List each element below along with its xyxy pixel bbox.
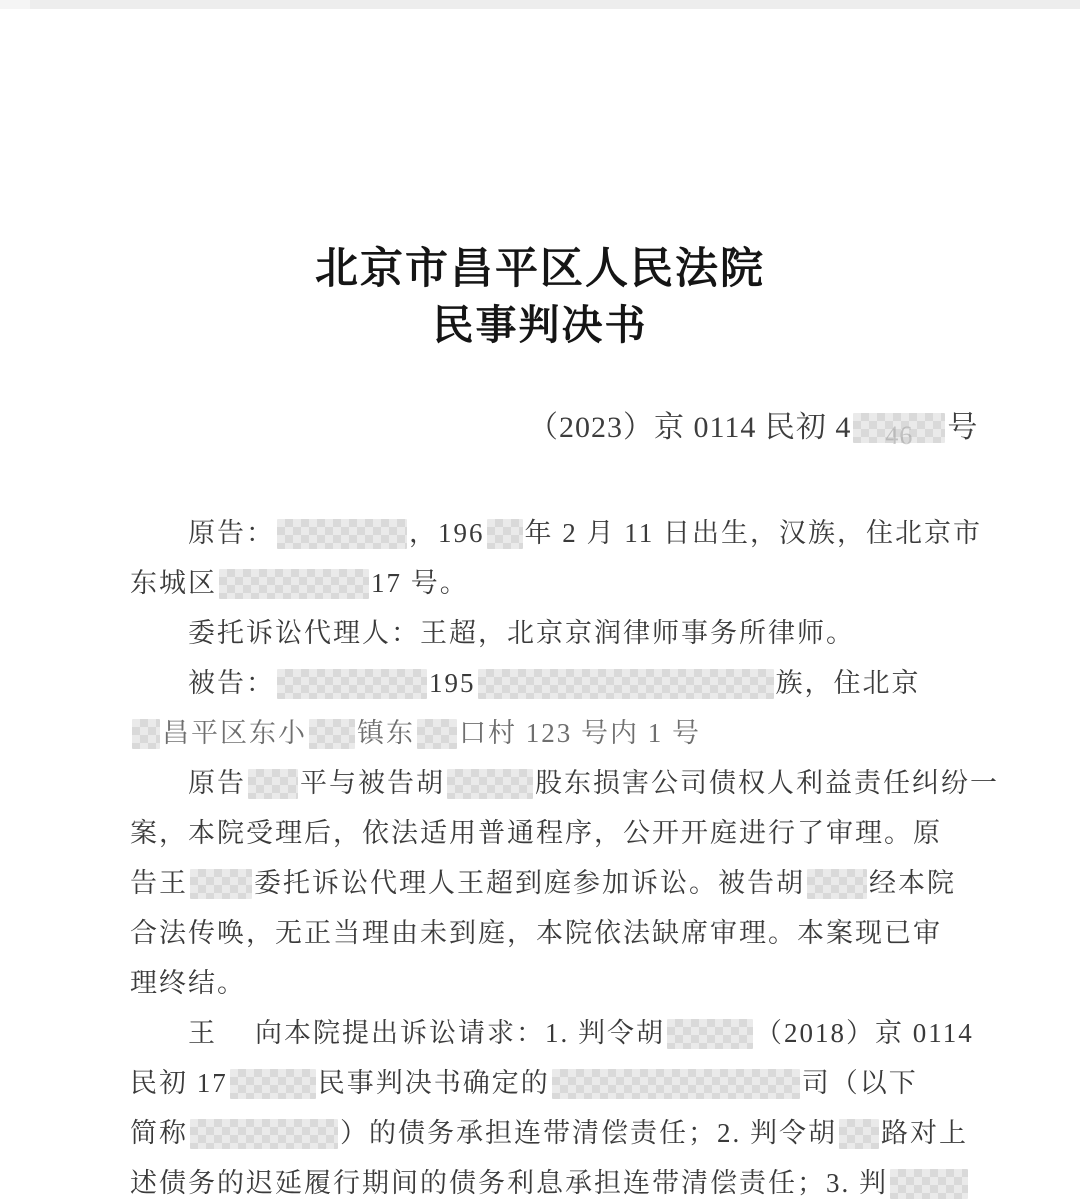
text-segment: 王 <box>188 1018 217 1048</box>
body-line: 简称）的债务承担连带清偿责任；2. 判令胡路对上 <box>0 1108 1080 1158</box>
text-segment: （2018）京 0114 <box>755 1018 974 1048</box>
document-header: 北京市昌平区人民法院 民事判决书 <box>0 241 1080 351</box>
case-number: （2023）京 0114 民初 446号 <box>528 406 978 450</box>
redaction-block <box>190 1119 338 1149</box>
text-segment: 195 <box>429 668 476 698</box>
page-top-strip-corner <box>0 0 30 9</box>
page-top-strip <box>0 0 1080 9</box>
text-segment: 17 号。 <box>371 568 469 598</box>
body-line: 案，本院受理后，依法适用普通程序，公开开庭进行了审理。原 <box>0 808 1080 858</box>
redaction-block <box>190 869 252 899</box>
body-line: 合法传唤，无正当理由未到庭，本院依法缺席审理。本案现已审 <box>0 908 1080 958</box>
text-segment: 原告 <box>188 768 246 798</box>
redaction-block <box>219 569 369 599</box>
text-segment: 述债务的迟延履行期间的债务利息承担连带清偿责任；3. 判 <box>130 1168 888 1198</box>
body-line: 东城区17 号。 <box>0 558 1080 608</box>
text-segment: 原告： <box>188 518 275 548</box>
text-segment: 年 2 月 11 日出生，汉族，住北京市 <box>525 518 983 548</box>
text-segment: 简称 <box>130 1118 188 1148</box>
case-number-suffix: 号 <box>947 411 978 444</box>
text-segment: 案，本院受理后，依法适用普通程序，公开开庭进行了审理。原 <box>130 818 942 848</box>
text-segment: 委托诉讼代理人：王超，北京京润律师事务所律师。 <box>188 618 855 648</box>
body-line: 王向本院提出诉讼请求：1. 判令胡（2018）京 0114 <box>0 1008 1080 1058</box>
body-line: 昌平区东小镇东口村 123 号内 1 号 <box>0 708 1080 758</box>
text-segment: 路对上 <box>881 1118 968 1148</box>
redaction-block <box>447 769 533 799</box>
text-segment: 被告： <box>188 668 275 698</box>
court-name-title: 北京市昌平区人民法院 <box>0 241 1080 299</box>
body-line: 告王委托诉讼代理人王超到庭参加诉讼。被告胡经本院 <box>0 858 1080 908</box>
redaction-block <box>478 669 774 699</box>
body-line: 被告：195族，住北京 <box>0 658 1080 708</box>
page: { "doc": { "title1": "北京市昌平区人民法院", "titl… <box>0 0 1080 1200</box>
redaction-block <box>667 1019 753 1049</box>
text-segment: 委托诉讼代理人王超到庭参加诉讼。被告胡 <box>254 868 805 898</box>
text-segment: 理终结。 <box>130 968 246 998</box>
text-segment: 民初 17 <box>130 1068 228 1098</box>
redaction-block <box>552 1069 800 1099</box>
judgment-body-text: 原告：，196年 2 月 11 日出生，汉族，住北京市东城区17 号。委托诉讼代… <box>0 508 1080 1200</box>
text-segment: 镇东 <box>357 718 415 748</box>
text-segment: ，196 <box>409 518 485 548</box>
redaction-block <box>277 519 407 549</box>
text-segment: 股东损害公司债权人利益责任纠纷一 <box>535 768 999 798</box>
body-line: 述债务的迟延履行期间的债务利息承担连带清偿责任；3. 判 <box>0 1158 1080 1200</box>
body-line: 民初 17民事判决书确定的司（以下 <box>0 1058 1080 1108</box>
body-line: 委托诉讼代理人：王超，北京京润律师事务所律师。 <box>0 608 1080 658</box>
redaction-block: 46 <box>853 413 945 443</box>
case-number-ghost-digits: 46 <box>885 421 913 450</box>
text-segment: 族，住北京 <box>776 668 921 698</box>
redaction-block <box>230 1069 316 1099</box>
text-segment: 经本院 <box>869 868 956 898</box>
text-segment: 民事判决书确定的 <box>318 1068 550 1098</box>
text-segment: 司（以下 <box>802 1068 918 1098</box>
body-line: 原告：，196年 2 月 11 日出生，汉族，住北京市 <box>0 508 1080 558</box>
redaction-block <box>839 1119 879 1149</box>
text-segment: 平与被告胡 <box>300 768 445 798</box>
erased-name-gap <box>217 1032 255 1042</box>
redaction-block <box>277 669 427 699</box>
redaction-block <box>248 769 298 799</box>
text-segment: ）的债务承担连带清偿责任；2. 判令胡 <box>340 1118 837 1148</box>
case-number-prefix: （2023）京 0114 民初 4 <box>528 411 851 444</box>
text-segment: 昌平区东小 <box>162 718 307 748</box>
redaction-block <box>417 719 457 749</box>
text-segment: 告王 <box>130 868 188 898</box>
redaction-block <box>309 719 355 749</box>
text-segment: 合法传唤，无正当理由未到庭，本院依法缺席审理。本案现已审 <box>130 918 942 948</box>
body-line: 理终结。 <box>0 958 1080 1008</box>
redaction-block <box>487 519 523 549</box>
redaction-block <box>890 1169 968 1199</box>
text-segment: 向本院提出诉讼请求：1. 判令胡 <box>255 1018 665 1048</box>
redaction-block <box>132 719 160 749</box>
text-segment: 口村 123 号内 1 号 <box>459 718 701 748</box>
redaction-block <box>807 869 867 899</box>
body-line: 原告平与被告胡股东损害公司债权人利益责任纠纷一 <box>0 758 1080 808</box>
document-type-title: 民事判决书 <box>0 299 1080 351</box>
text-segment: 东城区 <box>130 568 217 598</box>
